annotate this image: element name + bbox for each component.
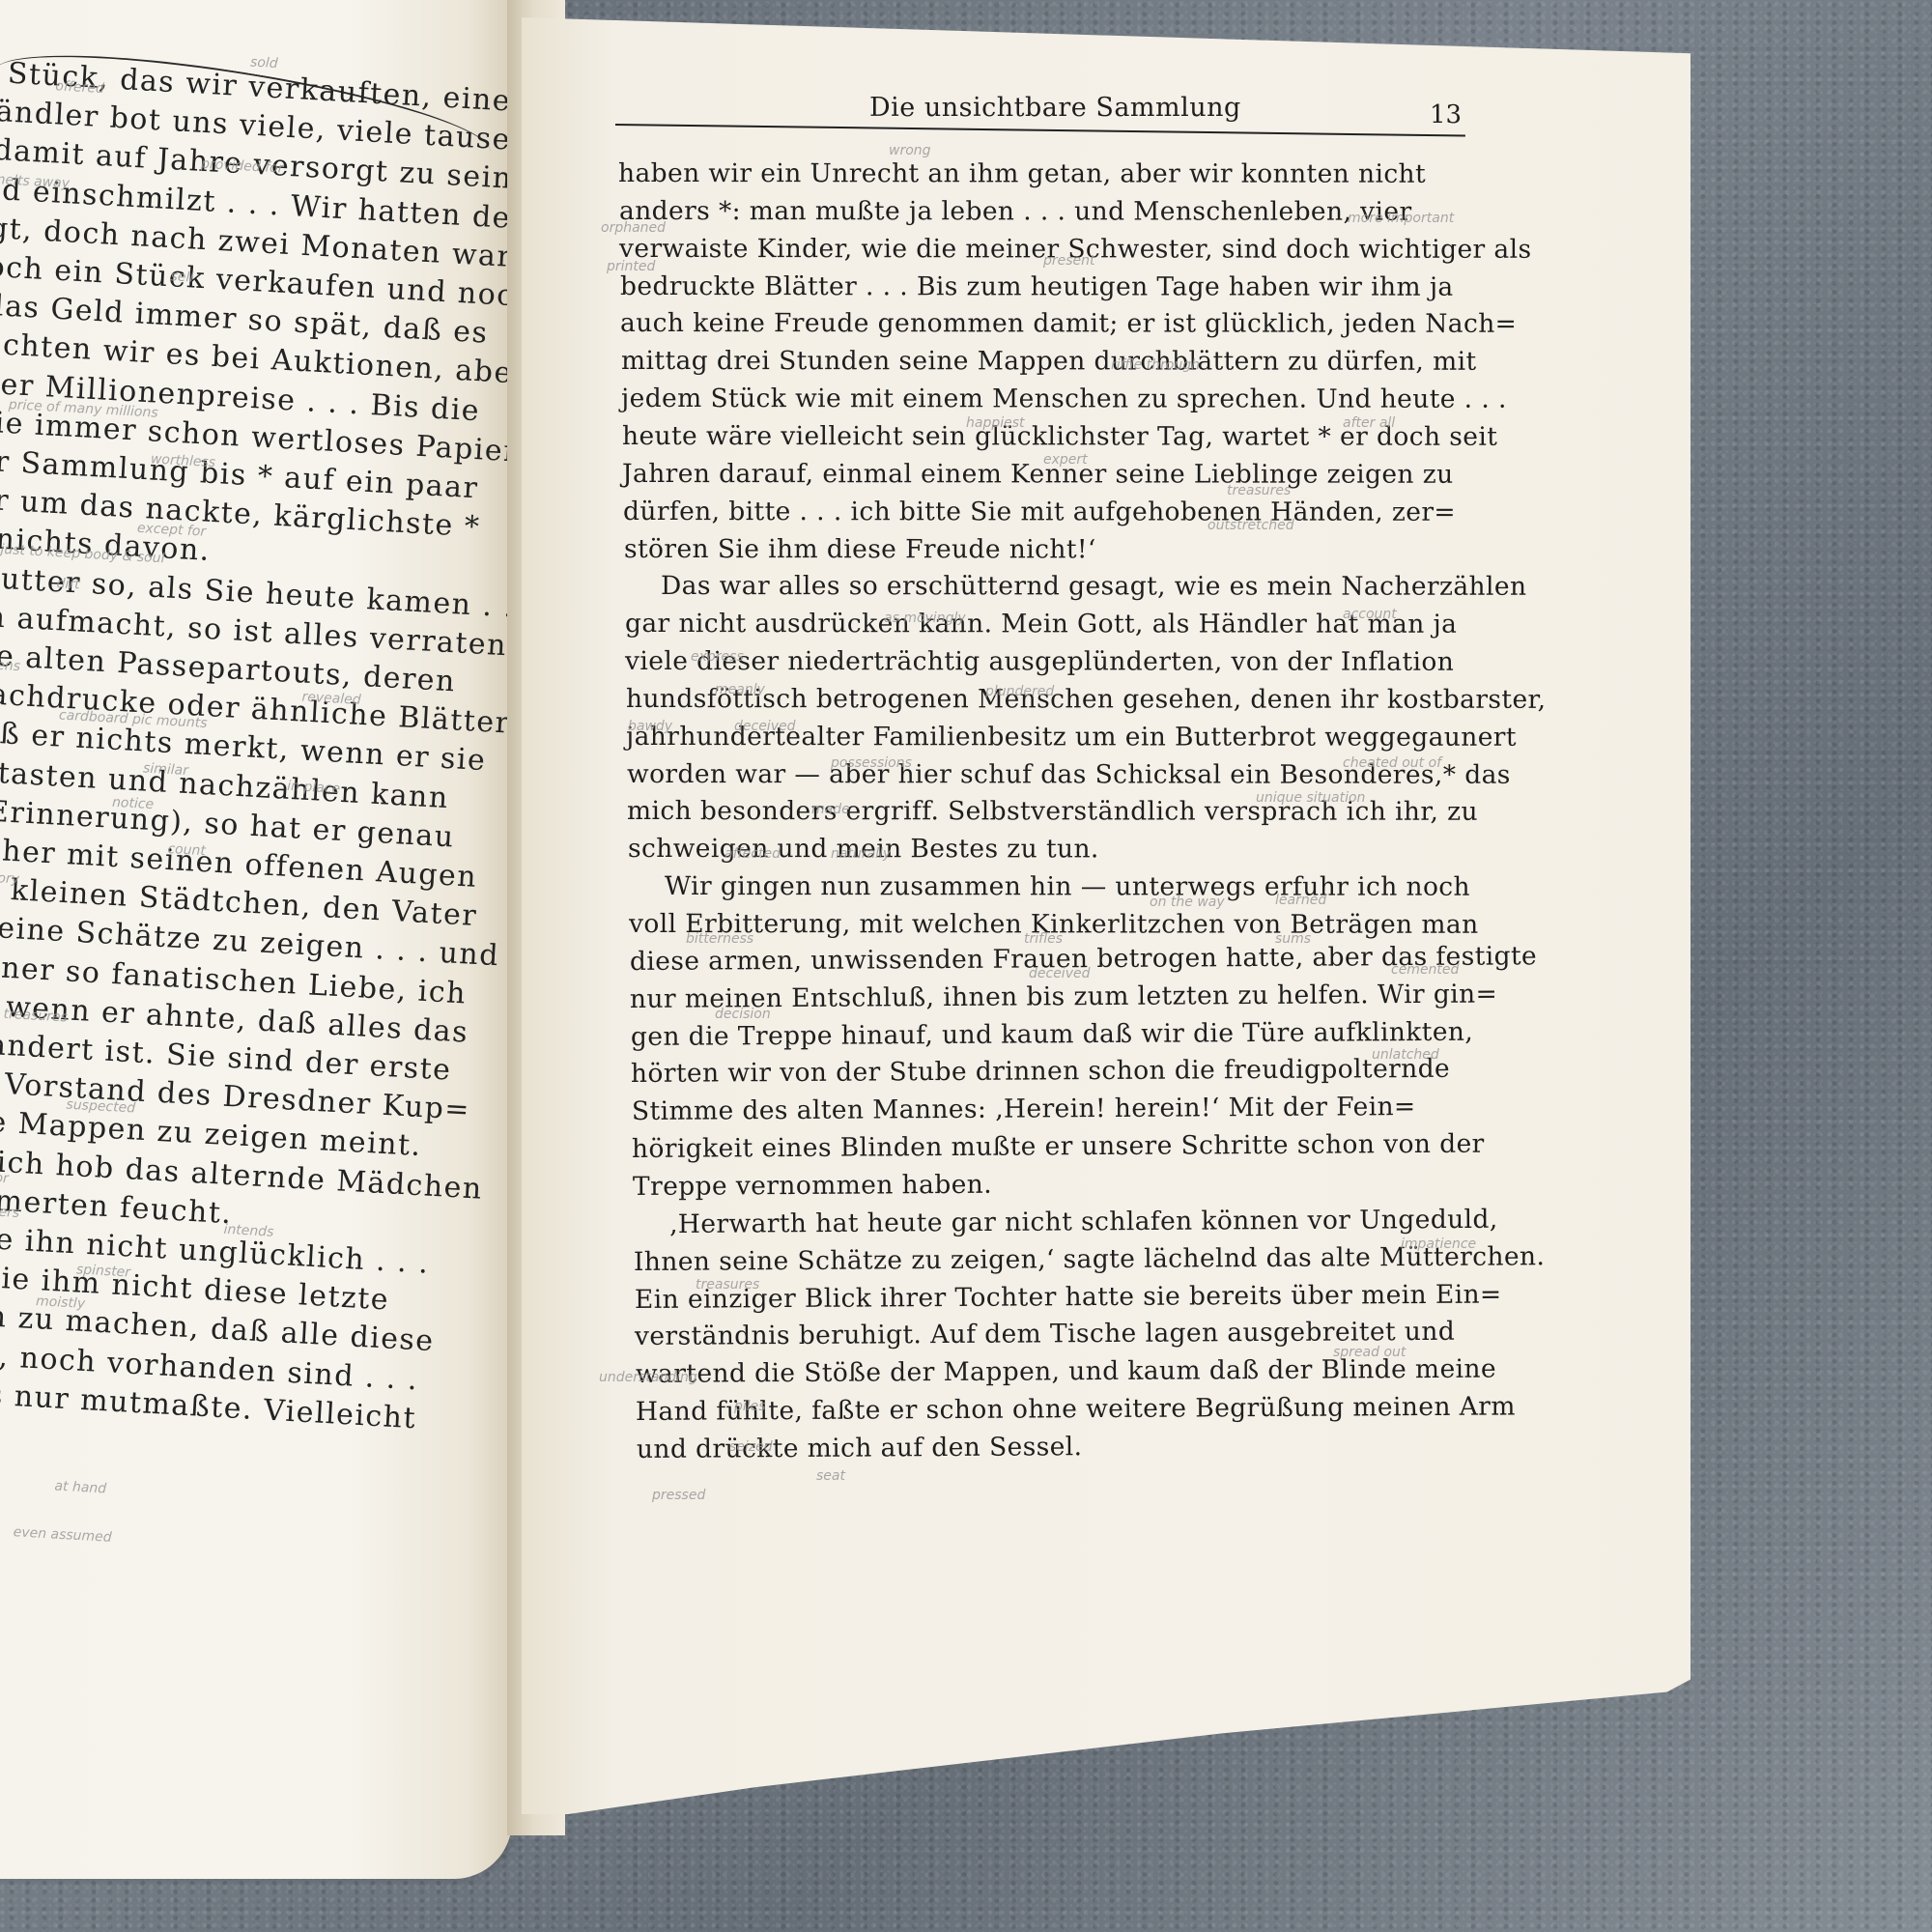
pencil-annotation: printed [607,259,655,274]
pencil-annotation: after all [1343,415,1395,431]
paragraph-first-line: Das war alles so erschütternd gesagt, wi… [661,571,1526,602]
text-line: bedruckte Blätter . . . Bis zum heutigen… [620,271,1454,302]
pencil-annotation: plundered [985,684,1054,699]
pencil-annotation: at hand [54,1478,107,1496]
pencil-annotation: revealed [301,690,361,708]
pencil-annotation: deceived [1029,966,1091,981]
pencil-annotation: riffle through [1111,357,1200,373]
pencil-annotation: treasures [1227,483,1291,498]
pencil-annotation: spread out [1333,1345,1406,1360]
pencil-annotation: learned [1275,893,1326,908]
text-line: haben wir ein Unrecht an ihm getan, aber… [618,158,1426,189]
pencil-annotation: dirt [56,576,80,592]
pencil-annotation: possessions [831,755,912,771]
pencil-annotation: spinster [76,1262,131,1280]
pencil-annotation: cemented [1391,962,1459,978]
pencil-annotation: pressed [652,1488,705,1503]
pencil-annotation: expert [1043,452,1088,468]
pencil-annotation: folders [0,1203,20,1221]
pencil-annotation: meanly [715,682,765,697]
pencil-annotation: orphaned [601,220,666,236]
pencil-annotation: offered [55,78,104,97]
pencil-annotation: naturally [831,846,891,862]
pencil-annotation: outstretched [1207,518,1294,533]
pencil-annotation: unique situation [1256,790,1365,806]
pencil-annotation: made [811,802,850,817]
pencil-annotation: seat [816,1468,845,1484]
pencil-annotation: seized [729,1439,773,1455]
pencil-annotation: intends [223,1222,274,1240]
pencil-annotation: unlatched [1372,1047,1439,1063]
pencil-annotation: in place [287,779,341,797]
pencil-annotation: express [691,649,744,665]
text-line: Hand fühlte, faßte er schon ohne weitere… [636,1391,1516,1427]
pencil-annotation: treasures [696,1277,759,1293]
pencil-annotation: sums [1275,931,1311,947]
left-page: Stück, das wir verkauften, eineändler bo… [0,0,512,1879]
text-line: gar nicht ausdrücken kann. Mein Gott, al… [625,609,1457,639]
pencil-annotation: decision [715,1007,771,1022]
text-line: Jahren darauf, einmal einem Kenner seine… [622,459,1454,490]
paragraph-first-line: Wir gingen nun zusammen hin — unterwegs … [665,871,1470,902]
text-line: jedem Stück wie mit einem Menschen zu sp… [621,384,1507,414]
pencil-annotation: wrong [889,143,931,158]
pencil-annotation: sell [170,269,194,285]
pencil-annotation: more important [1348,211,1454,226]
pencil-annotation: on the way [1150,895,1225,910]
text-line: Treppe vernommen haben. [633,1170,992,1202]
pencil-annotation: present [1043,253,1095,269]
text-line: Stimme des alten Mannes: ‚Herein! herein… [632,1092,1416,1126]
pencil-annotation: trifles [1024,931,1063,947]
pencil-annotation: even assumed [13,1524,112,1546]
text-line: viele dieser niederträchtig ausgeplünder… [625,646,1454,677]
pencil-annotation: similar [143,760,189,779]
left-page-text-block: Stück, das wir verkauften, eineändler bo… [0,39,512,68]
pencil-annotation: bawdy [628,719,672,734]
text-line: verständnis beruhigt. Auf dem Tische lag… [635,1317,1455,1351]
pencil-annotation: affected [724,846,781,862]
text-line: hörigkeit eines Blinden mußte er unsere … [632,1129,1485,1164]
pencil-annotation: happiest [966,415,1025,431]
pencil-annotation: count [167,841,206,859]
text-line: stören Sie ihm diese Freude nicht!‘ [623,534,1095,564]
pencil-annotation: bitterness [686,931,753,947]
pencil-annotation: understanding [599,1370,697,1385]
pencil-annotation: notice [112,795,155,812]
paragraph-first-line: ‚Herwarth hat heute gar nicht schlafen k… [669,1205,1498,1239]
pencil-annotation: account [1343,607,1397,622]
text-line: mittag drei Stunden seine Mappen durchbl… [621,346,1477,377]
running-head: Die unsichtbare Sammlung [869,93,1241,123]
page-number: 13 [1430,100,1462,129]
text-line: und drückte mich auf den Sessel. [637,1432,1083,1464]
pencil-annotation: piles [734,1399,766,1414]
pencil-annotation: impatience [1401,1236,1476,1252]
pencil-annotation: deceived [734,719,796,734]
pencil-annotation: opens [0,657,20,674]
pencil-annotation: moistly [36,1293,86,1312]
pencil-annotation: as movingly [884,611,966,626]
pencil-annotation: memory [0,868,19,887]
pencil-annotation: cheated out of [1343,755,1441,771]
pencil-annotation: sold [250,55,278,72]
text-line: auch keine Freude genommen damit; er ist… [620,308,1517,339]
text-line: dürfen, bitte . . . ich bitte Sie mit au… [623,497,1456,527]
pencil-annotation: director [0,1168,9,1186]
text-line: Ein einziger Blick ihrer Tochter hatte s… [634,1279,1501,1314]
text-line: anders *: man mußte ja leben . . . und M… [619,196,1412,227]
text-line: hörten wir von der Stube drinnen schon d… [631,1054,1450,1089]
